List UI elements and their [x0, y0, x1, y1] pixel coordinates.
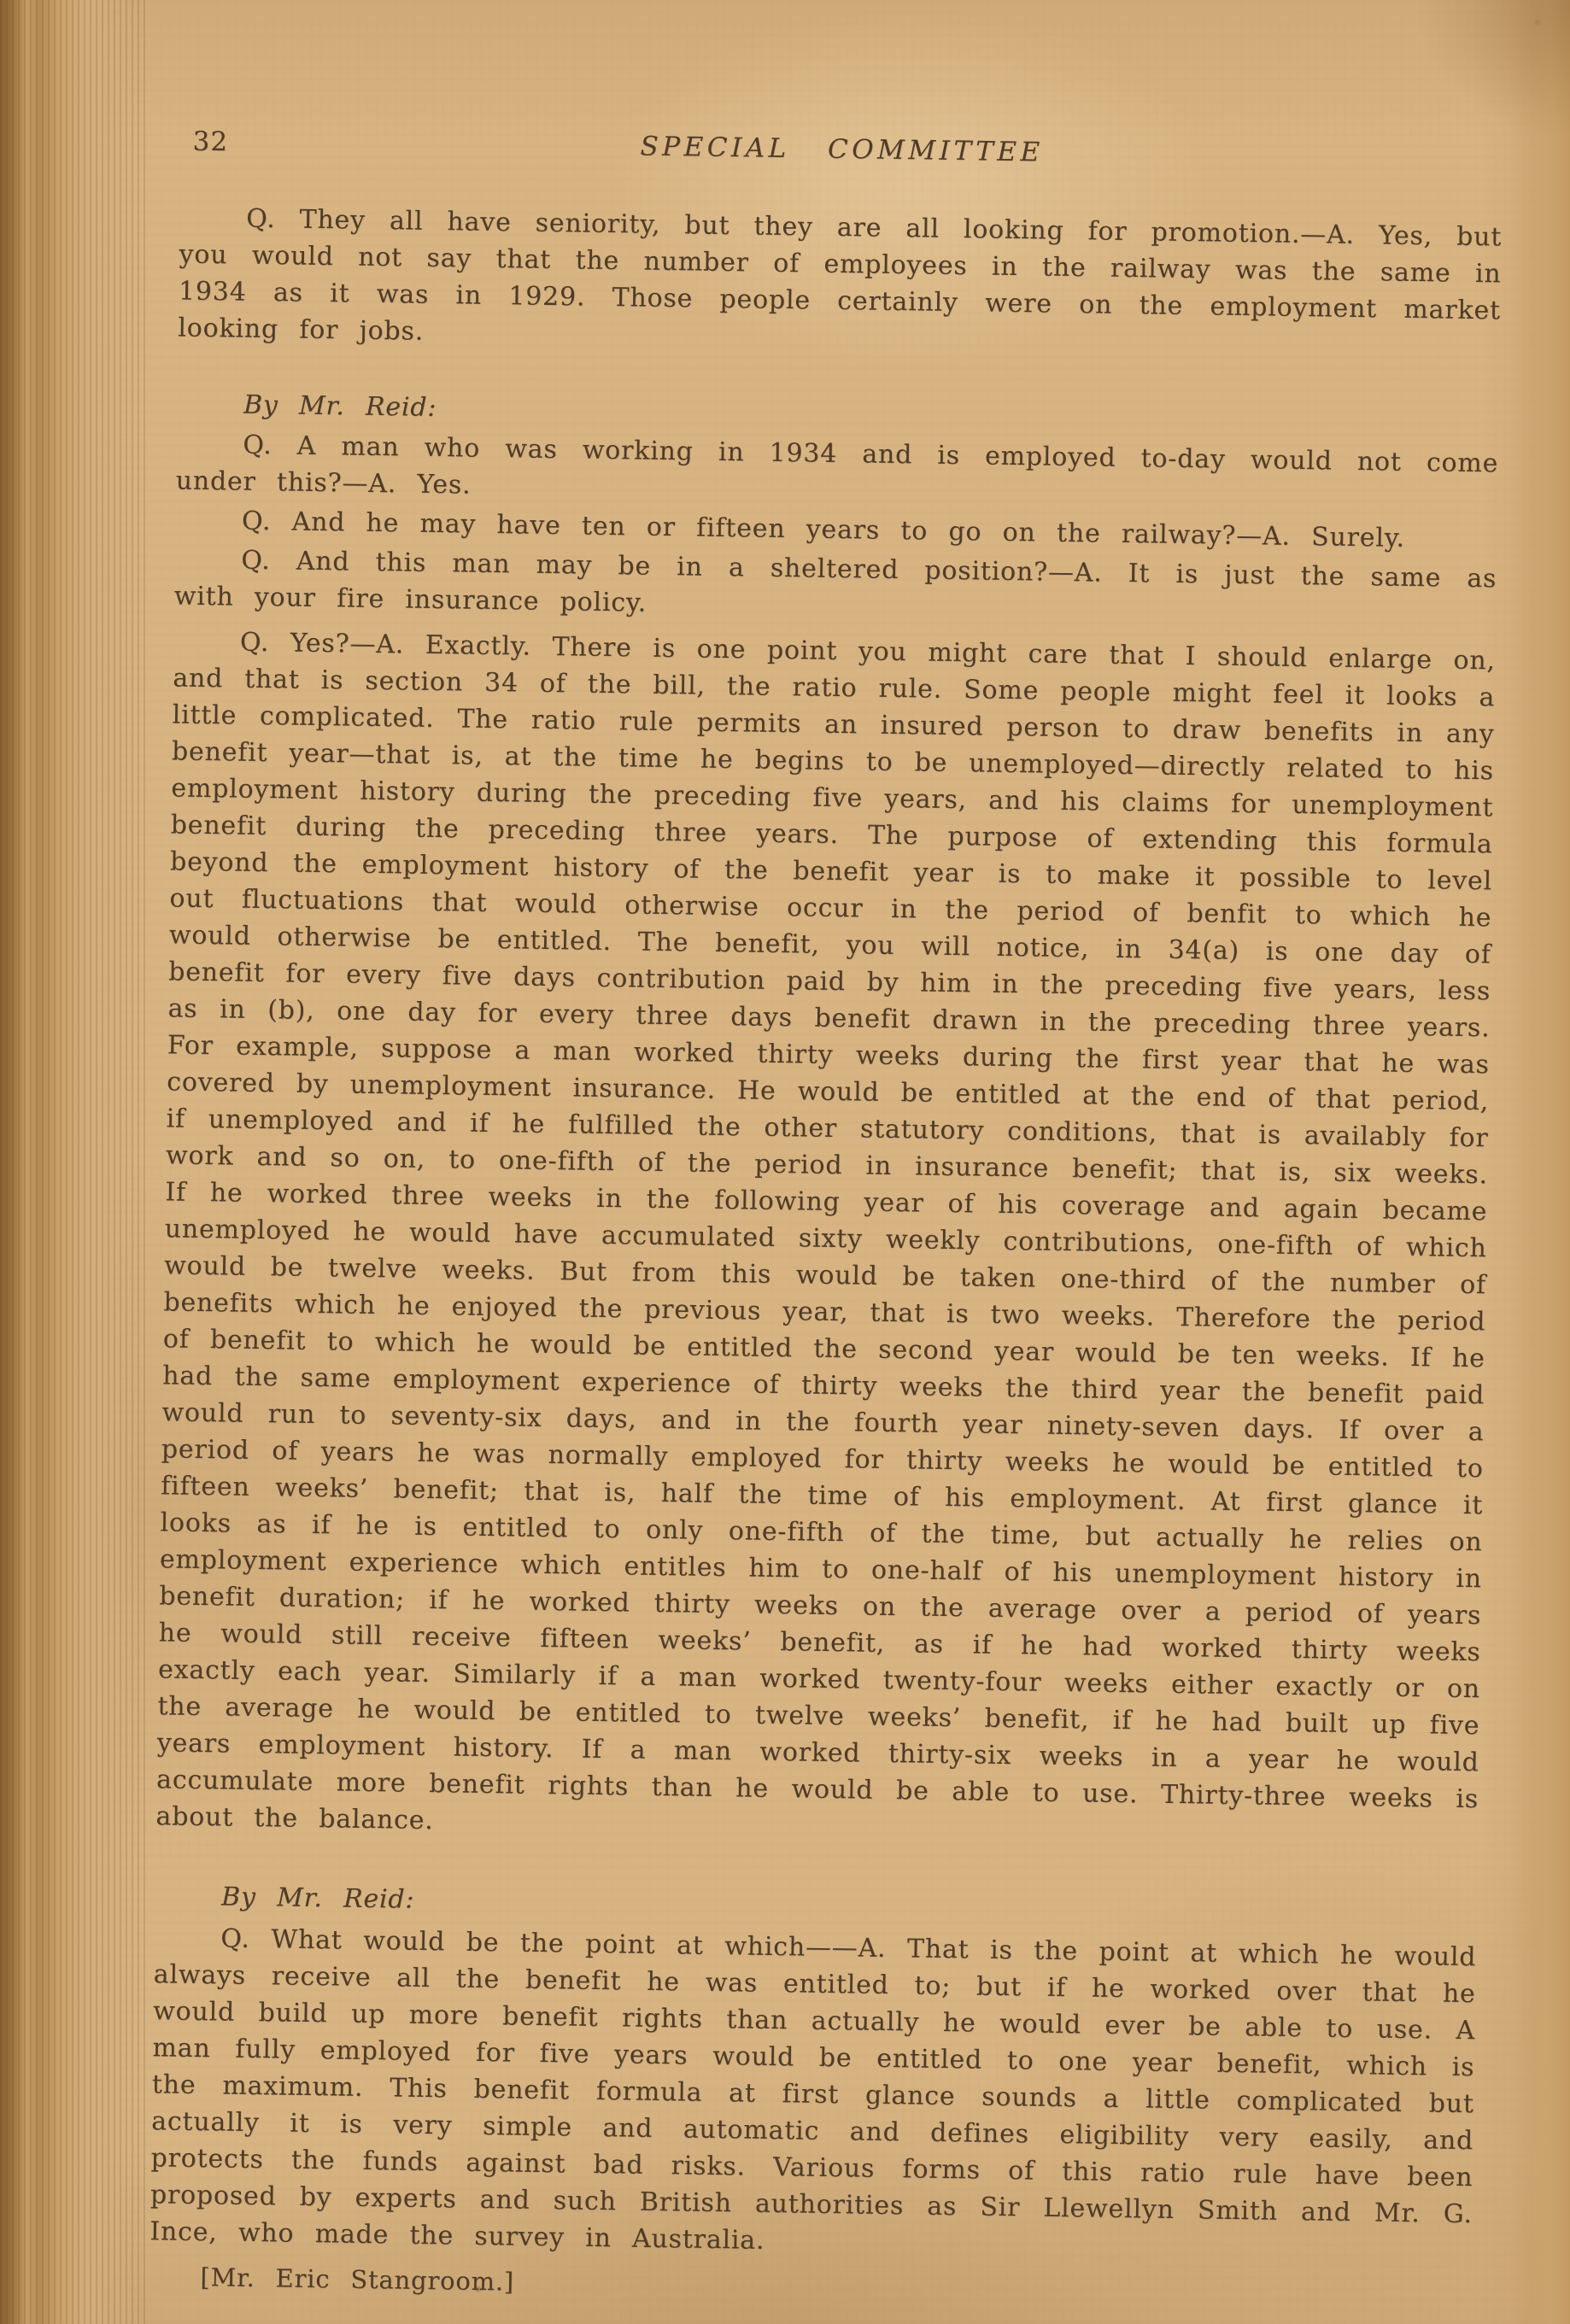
qa-paragraph-1: Q. They all have seniority, but they are…: [178, 200, 1502, 366]
qa-paragraph-6: Q. What would be the point at which——A. …: [149, 1919, 1477, 2269]
page-content: 32 SPECIAL COMMITTEE Q. They all have se…: [149, 117, 1503, 2315]
qa-paragraph-5: Q. Yes?—A. Exactly. There is one point y…: [155, 623, 1496, 1854]
page-footer-attribution: [Mr. Eric Stangroom.]: [149, 2258, 1471, 2315]
page-gutter-edge: [0, 0, 145, 2324]
running-header: SPECIAL COMMITTEE: [180, 122, 1503, 179]
page-head-row: 32 SPECIAL COMMITTEE: [180, 122, 1503, 179]
